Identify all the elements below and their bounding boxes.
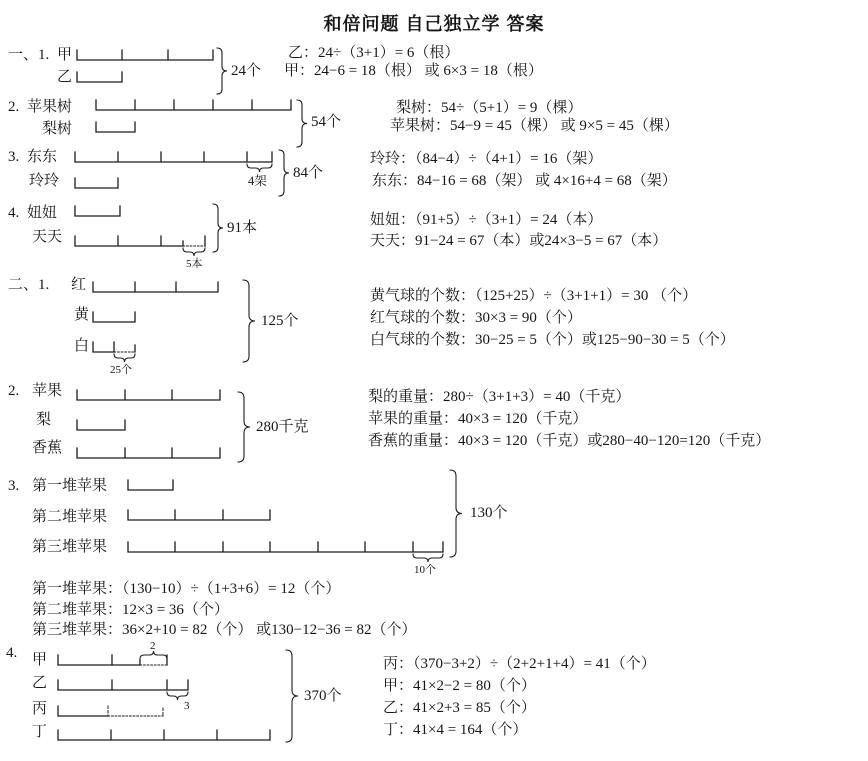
answer-line: 乙：24÷（3+1）= 6（根） (288, 45, 459, 62)
bar-label-s6-apple: 苹果 (32, 383, 62, 400)
answer-line: 第三堆苹果：36×2+10 = 82（个） 或130−12−36 = 82（个） (32, 622, 417, 639)
bar-s3-dongdong (75, 152, 272, 162)
bar-s5-red (93, 282, 218, 292)
bar-label-s5-yellow: 黄 (74, 307, 89, 324)
total-label-s4: 91本 (227, 220, 257, 237)
bar-s8-bing (58, 706, 108, 716)
total-brace-s3 (279, 150, 289, 196)
answer-line: 第二堆苹果：12×3 = 36（个） (32, 602, 229, 619)
underbrace-s7 (413, 554, 443, 562)
answer-line: 乙：41×2+3 = 85（个） (383, 700, 536, 717)
answer-line: 红气球的个数：30×3 = 90（个） (370, 310, 582, 327)
bar-label-s8-yi: 乙 (32, 675, 47, 692)
answer-line: 甲：24−6 = 18（根） 或 6×3 = 18（根） (284, 63, 543, 80)
bar-s5-yellow (93, 312, 135, 322)
bar-s6-pear (77, 420, 125, 430)
total-brace-s4 (213, 204, 223, 252)
bar-s1-jia (77, 50, 213, 60)
bar-label-s3-dongdong: 东东 (27, 149, 57, 166)
bar-s2-appletree (96, 100, 291, 110)
underbrace-s8-yi (167, 692, 188, 700)
bar-s4-tiantian (75, 236, 205, 246)
total-label-s6: 280千克 (256, 419, 309, 436)
total-brace-s8 (286, 650, 298, 742)
underbrace-s5 (114, 354, 135, 362)
total-label-s8: 370个 (304, 688, 342, 705)
bar-s4-niuniu (75, 206, 120, 216)
bar-label-s8-bing: 丙 (32, 701, 47, 718)
answer-line: 梨的重量：280÷（3+1+3）= 40（千克） (368, 389, 630, 406)
bar-label-s1-yi: 乙 (57, 69, 72, 86)
bar-s5-white (93, 342, 135, 352)
bar-label-s7-pile1: 第一堆苹果 (32, 478, 107, 495)
bar-label-s6-pear: 梨 (36, 412, 51, 429)
bar-label-s6-banana: 香蕉 (32, 440, 62, 457)
answer-line: 苹果的重量：40×3 = 120（千克） (368, 411, 587, 428)
bar-label-s3-lingling: 玲玲 (29, 173, 59, 190)
underbrace-s3 (247, 164, 272, 172)
bar-s2-peartree (96, 122, 135, 132)
total-brace-s5 (243, 280, 255, 362)
bar-label-s4-tiantian: 天天 (32, 229, 62, 246)
annotation-s8-top: 2 (150, 640, 156, 652)
total-label-s5: 125个 (261, 313, 299, 330)
total-label-s3: 84个 (293, 165, 323, 182)
annotation-s4: 5本 (186, 258, 203, 270)
total-brace-s1 (217, 48, 227, 94)
total-label-s2: 54个 (311, 114, 341, 131)
bar-label-s7-pile3: 第三堆苹果 (32, 539, 107, 556)
total-label-s1: 24个 (231, 63, 261, 80)
problem-number-s6: 2. (8, 383, 19, 400)
annotation-s3: 4架 (248, 174, 267, 188)
bar-s6-banana (77, 448, 220, 458)
answer-line: 香蕉的重量：40×3 = 120（千克）或280−40−120=120（千克） (368, 433, 770, 450)
bar-s1-yi (77, 72, 122, 82)
worksheet-page: 和倍问题 自己独立学 答案 一、1. 甲 乙 24个 乙：24÷（3+1）= 6… (0, 0, 868, 761)
bar-label-s2-peartree: 梨树 (42, 121, 72, 138)
answer-line: 黄气球的个数：（125+25）÷（3+1+1）= 30 （个） (370, 288, 697, 305)
problem-number-s5: 二、1. (8, 277, 49, 294)
problem-number-s3: 3. (8, 149, 19, 166)
answer-line: 丙：（370−3+2）÷（2+2+1+4）= 41（个） (383, 656, 656, 673)
total-label-s7: 130个 (470, 505, 508, 522)
answer-line: 妞妞：（91+5）÷（3+1）= 24（本） (370, 212, 602, 229)
bar-label-s8-ding: 丁 (32, 724, 47, 741)
bar-s8-ding (58, 730, 270, 740)
bar-s8-bing-dashed-ticks (108, 706, 163, 716)
page-title: 和倍问题 自己独立学 答案 (0, 10, 868, 36)
problem-number-s7: 3. (8, 478, 19, 495)
bar-s7-pile2 (128, 510, 270, 520)
answer-line: 梨树：54÷（5+1）= 9（棵） (396, 100, 582, 117)
bar-s8-jia (58, 655, 167, 665)
bar-label-s2-appletree: 苹果树 (27, 99, 72, 116)
underbrace-s4 (183, 248, 205, 256)
answer-line: 东东：84−16 = 68（架） 或 4×16+4 = 68（架） (372, 173, 677, 190)
bar-s7-pile1 (128, 480, 173, 490)
annotation-s7: 10个 (414, 564, 436, 576)
answer-line: 甲：41×2−2 = 80（个） (383, 678, 536, 695)
total-brace-s6 (238, 392, 250, 462)
bar-label-s5-red: 红 (71, 277, 86, 294)
bar-label-s1-jia: 甲 (57, 47, 72, 64)
answer-line: 第一堆苹果：（130−10）÷（1+3+6）= 12（个） (32, 581, 340, 598)
bar-s8-yi (58, 680, 188, 690)
bar-s6-apple (77, 390, 220, 400)
problem-number-s2: 2. (8, 99, 19, 116)
annotation-s5: 25个 (110, 364, 132, 376)
bar-s7-pile3 (128, 542, 443, 552)
answer-line: 苹果树：54−9 = 45（棵） 或 9×5 = 45（棵） (390, 118, 679, 135)
answer-line: 丁：41×4 = 164（个） (383, 722, 527, 739)
problem-number-s4: 4. (8, 205, 19, 222)
answer-line: 白气球的个数：30−25 = 5（个）或125−90−30 = 5（个） (370, 332, 735, 349)
bar-label-s4-niuniu: 妞妞 (27, 205, 57, 222)
answer-line: 玲玲：（84−4）÷（4+1）= 16（架） (370, 151, 602, 168)
annotation-s8-mid: 3 (184, 700, 190, 712)
bar-label-s8-jia: 甲 (32, 652, 47, 669)
total-brace-s7 (450, 470, 462, 557)
problem-number-s1: 一、1. (8, 47, 49, 64)
bar-s3-lingling (75, 178, 118, 188)
bar-label-s5-white: 白 (74, 338, 89, 355)
total-brace-s2 (297, 100, 307, 147)
bar-label-s7-pile2: 第二堆苹果 (32, 509, 107, 526)
answer-line: 天天：91−24 = 67（本）或24×3−5 = 67（本） (370, 233, 667, 250)
problem-number-s8: 4. (6, 645, 17, 662)
